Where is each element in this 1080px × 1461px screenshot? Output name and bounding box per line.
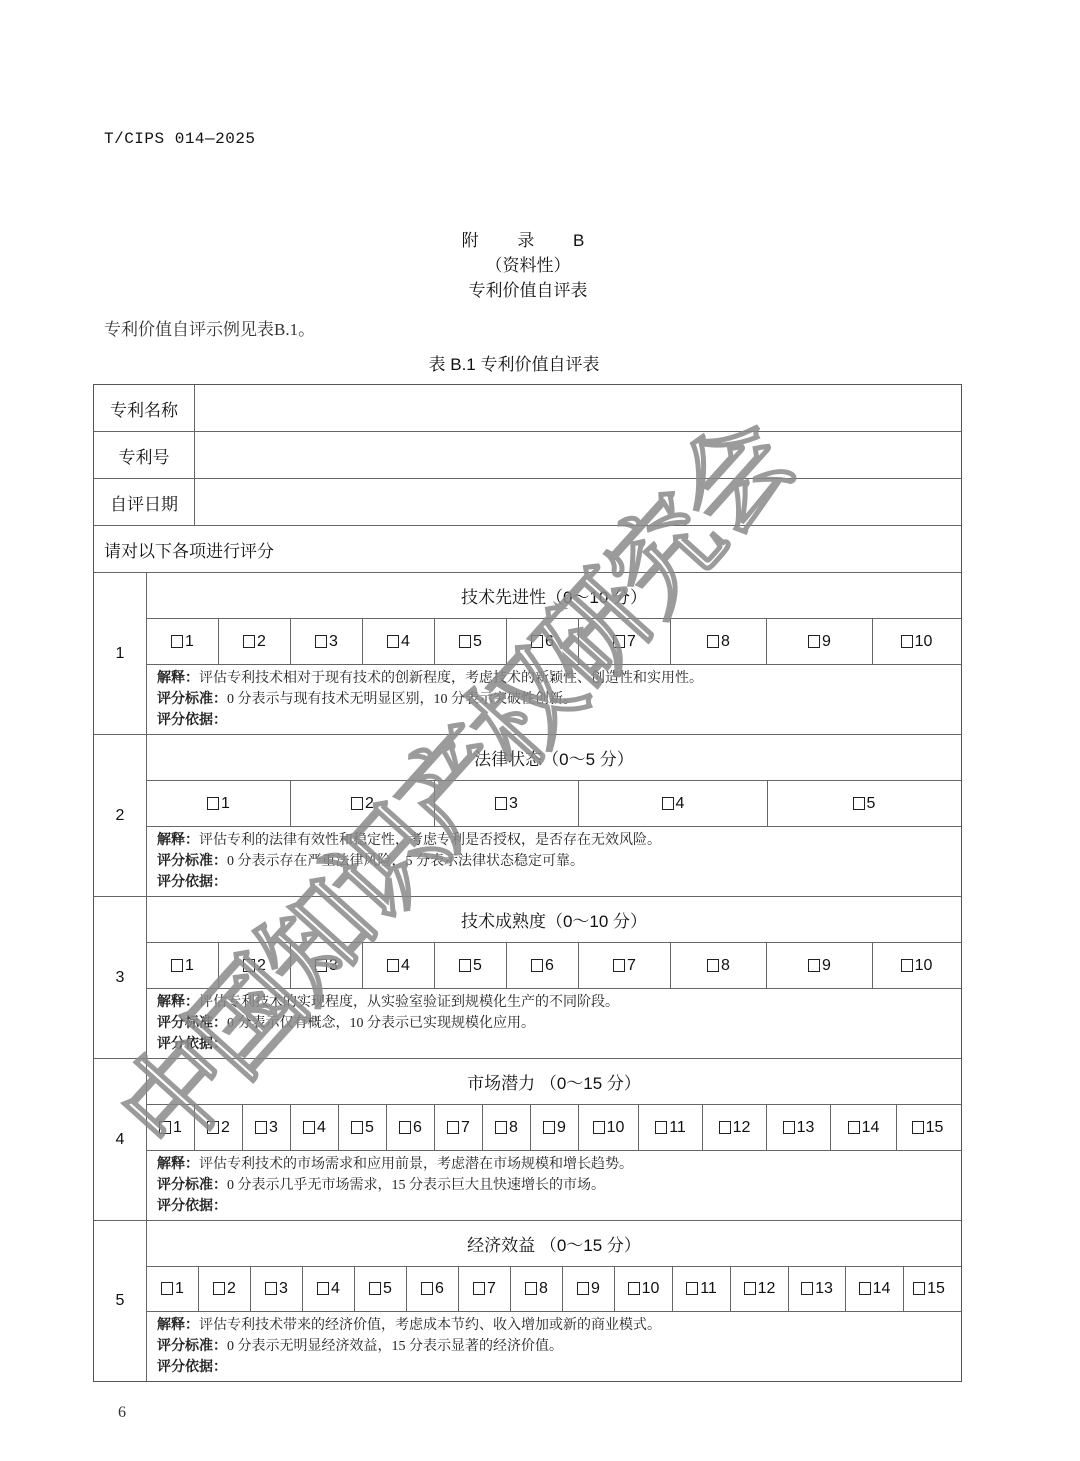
item-body: 法律状态（0～5 分） 1 2 3 4 5 解释：评估专利的法律有效性和稳定性，… xyxy=(147,735,961,896)
standard-code: T/CIPS 014—2025 xyxy=(104,130,256,148)
checkbox-icon[interactable] xyxy=(265,1282,277,1295)
score-option-label: 1 xyxy=(185,633,194,651)
score-option-label: 8 xyxy=(539,1280,548,1298)
score-option[interactable]: 7 xyxy=(435,1105,483,1150)
score-option-label: 1 xyxy=(175,1280,184,1298)
checkbox-icon[interactable] xyxy=(387,959,399,972)
checkbox-icon[interactable] xyxy=(171,959,183,972)
checkbox-icon[interactable] xyxy=(387,635,399,648)
score-option[interactable]: 3 xyxy=(291,943,363,988)
item-body: 经济效益 （0～15 分） 1 2 3 4 5 6 7 8 9 xyxy=(147,1221,961,1381)
checkbox-icon[interactable] xyxy=(719,1121,731,1134)
score-option-label: 8 xyxy=(721,633,730,651)
score-option[interactable]: 14 xyxy=(831,1105,897,1150)
checkbox-icon[interactable] xyxy=(317,1282,329,1295)
score-option-label: 11 xyxy=(669,1119,686,1137)
score-option-label: 9 xyxy=(822,633,831,651)
checkbox-icon[interactable] xyxy=(613,635,625,648)
checkbox-icon[interactable] xyxy=(473,1282,485,1295)
checkbox-icon[interactable] xyxy=(707,959,719,972)
score-option-label: 4 xyxy=(676,795,685,813)
score-option-label: 9 xyxy=(591,1280,600,1298)
score-option[interactable]: 1 xyxy=(147,1105,195,1150)
score-option[interactable]: 15 xyxy=(897,1105,958,1150)
score-option[interactable]: 12 xyxy=(731,1267,789,1312)
scoring-items: 1 技术先进性（0～10 分） 1 2 3 4 5 6 7 8 xyxy=(94,573,961,1381)
score-option[interactable]: 15 xyxy=(904,1267,954,1312)
score-option-label: 2 xyxy=(365,795,374,813)
score-option-label: 15 xyxy=(926,1119,944,1137)
score-option[interactable]: 11 xyxy=(639,1105,703,1150)
score-option-label: 1 xyxy=(221,795,230,813)
basis-label: 评分依据： xyxy=(157,875,227,890)
basis-line[interactable]: 评分依据： xyxy=(157,872,951,893)
field-label: 专利名称 xyxy=(94,385,195,431)
item-description: 解释：评估专利技术的实现程度，从实验室验证到规模化生产的不同阶段。 评分标准：0… xyxy=(147,989,961,1058)
explanation-text: 评估专利技术的实现程度，从实验室验证到规模化生产的不同阶段。 xyxy=(199,995,619,1010)
criteria-text: 0 分表示存在严重法律风险，5 分表示法律状态稳定可靠。 xyxy=(227,854,584,869)
assessment-date-field[interactable] xyxy=(195,479,961,525)
score-option[interactable]: 7 xyxy=(579,943,671,988)
criteria-text: 0 分表示几乎无市场需求，15 分表示巨大且快速增长的市场。 xyxy=(227,1178,605,1193)
basis-line[interactable]: 评分依据： xyxy=(157,710,951,731)
scoring-item: 3 技术成熟度（0～10 分） 1 2 3 4 5 6 7 8 xyxy=(94,897,961,1059)
item-description: 解释：评估专利技术的市场需求和应用前景，考虑潜在市场规模和增长趋势。 评分标准：… xyxy=(147,1151,961,1220)
score-option-label: 11 xyxy=(700,1280,717,1298)
page-number: 6 xyxy=(118,1404,126,1422)
basis-label: 评分依据： xyxy=(157,1360,227,1375)
score-option[interactable]: 5 xyxy=(355,1267,407,1312)
score-option[interactable]: 6 xyxy=(407,1267,459,1312)
item-number: 1 xyxy=(94,573,147,734)
field-row-patent-number: 专利号 xyxy=(94,432,961,479)
checkbox-icon[interactable] xyxy=(913,1282,925,1295)
score-option[interactable]: 3 xyxy=(435,781,579,826)
score-option[interactable]: 6 xyxy=(507,619,579,664)
score-option-label: 8 xyxy=(509,1119,518,1137)
score-option-label: 6 xyxy=(545,957,554,975)
score-option[interactable]: 6 xyxy=(387,1105,435,1150)
explanation-line: 解释：评估专利技术相对于现有技术的创新程度，考虑技术的新颖性、创造性和实用性。 xyxy=(157,668,951,689)
basis-line[interactable]: 评分依据： xyxy=(157,1196,951,1217)
basis-line[interactable]: 评分依据： xyxy=(157,1034,951,1055)
scoring-item: 4 市场潜力 （0～15 分） 1 2 3 4 5 6 7 8 xyxy=(94,1059,961,1221)
criteria-label: 评分标准： xyxy=(157,854,227,869)
score-option-label: 12 xyxy=(758,1280,776,1298)
item-description: 解释：评估专利技术带来的经济价值，考虑成本节约、收入增加或新的商业模式。 评分标… xyxy=(147,1312,961,1381)
score-option[interactable]: 14 xyxy=(846,1267,904,1312)
checkbox-icon[interactable] xyxy=(808,959,820,972)
annex-heading: 附 录 B （资料性） 专利价值自评表 xyxy=(0,228,1056,303)
basis-label: 评分依据： xyxy=(157,1037,227,1052)
checkbox-icon[interactable] xyxy=(161,1282,173,1295)
checkbox-icon[interactable] xyxy=(707,635,719,648)
score-option[interactable]: 7 xyxy=(579,619,671,664)
item-body: 技术成熟度（0～10 分） 1 2 3 4 5 6 7 8 9 xyxy=(147,897,961,1058)
item-number: 5 xyxy=(94,1221,147,1381)
basis-line[interactable]: 评分依据： xyxy=(157,1357,951,1378)
checkbox-icon[interactable] xyxy=(853,797,865,810)
score-option[interactable]: 5 xyxy=(339,1105,387,1150)
checkbox-icon[interactable] xyxy=(686,1282,698,1295)
checkbox-icon[interactable] xyxy=(213,1282,225,1295)
criteria-text: 0 分表示与现有技术无明显区别，10 分表示突破性创新。 xyxy=(227,692,577,707)
score-option[interactable]: 5 xyxy=(435,619,507,664)
score-options: 1 2 3 4 5 6 7 8 9 10 xyxy=(147,619,961,665)
score-options: 1 2 3 4 5 xyxy=(147,781,961,827)
field-row-patent-name: 专利名称 xyxy=(94,385,961,432)
score-option[interactable]: 1 xyxy=(147,781,291,826)
checkbox-icon[interactable] xyxy=(369,1282,381,1295)
score-option[interactable]: 9 xyxy=(767,619,873,664)
score-option[interactable]: 8 xyxy=(671,619,767,664)
explanation-text: 评估专利技术的市场需求和应用前景，考虑潜在市场规模和增长趋势。 xyxy=(199,1157,633,1172)
checkbox-icon[interactable] xyxy=(207,1121,219,1134)
checkbox-icon[interactable] xyxy=(655,1121,667,1134)
explanation-line: 解释：评估专利技术的实现程度，从实验室验证到规模化生产的不同阶段。 xyxy=(157,992,951,1013)
score-options: 1 2 3 4 5 6 7 8 9 10 xyxy=(147,943,961,989)
score-option-label: 5 xyxy=(383,1280,392,1298)
checkbox-icon[interactable] xyxy=(628,1282,640,1295)
basis-label: 评分依据： xyxy=(157,1199,227,1214)
score-option-label: 12 xyxy=(733,1119,751,1137)
criteria-line: 评分标准：0 分表示几乎无市场需求，15 分表示巨大且快速增长的市场。 xyxy=(157,1175,951,1196)
explanation-line: 解释：评估专利技术的市场需求和应用前景，考虑潜在市场规模和增长趋势。 xyxy=(157,1154,951,1175)
score-option[interactable]: 9 xyxy=(563,1267,615,1312)
score-option-label: 1 xyxy=(185,957,194,975)
scoring-item: 2 法律状态（0～5 分） 1 2 3 4 5 解释：评估专利的法律有效性和稳定… xyxy=(94,735,961,897)
checkbox-icon[interactable] xyxy=(495,797,507,810)
criteria-label: 评分标准： xyxy=(157,1339,227,1354)
checkbox-icon[interactable] xyxy=(351,1121,363,1134)
patent-name-field[interactable] xyxy=(195,385,961,431)
checkbox-icon[interactable] xyxy=(351,797,363,810)
checkbox-icon[interactable] xyxy=(662,797,674,810)
score-option[interactable]: 10 xyxy=(873,943,960,988)
score-option[interactable]: 11 xyxy=(673,1267,731,1312)
score-option-label: 6 xyxy=(435,1280,444,1298)
checkbox-icon[interactable] xyxy=(495,1121,507,1134)
score-option-label: 10 xyxy=(607,1119,625,1137)
checkbox-icon[interactable] xyxy=(801,1282,813,1295)
checkbox-icon[interactable] xyxy=(399,1121,411,1134)
score-option[interactable]: 8 xyxy=(483,1105,531,1150)
score-option-label: 14 xyxy=(873,1280,891,1298)
checkbox-icon[interactable] xyxy=(421,1282,433,1295)
score-option[interactable]: 2 xyxy=(195,1105,243,1150)
score-option-label: 5 xyxy=(473,633,482,651)
checkbox-icon[interactable] xyxy=(531,959,543,972)
criteria-line: 评分标准：0 分表示无明显经济效益，15 分表示显著的经济价值。 xyxy=(157,1336,951,1357)
score-option[interactable]: 2 xyxy=(291,781,435,826)
checkbox-icon[interactable] xyxy=(859,1282,871,1295)
score-option-label: 7 xyxy=(627,633,636,651)
item-body: 市场潜力 （0～15 分） 1 2 3 4 5 6 7 8 9 xyxy=(147,1059,961,1220)
criteria-label: 评分标准： xyxy=(157,1178,227,1193)
score-option[interactable]: 7 xyxy=(459,1267,511,1312)
checkbox-icon[interactable] xyxy=(315,635,327,648)
self-assessment-table: 专利名称 专利号 自评日期 请对以下各项进行评分 1 技术先进性（0～10 分）… xyxy=(93,384,962,1382)
score-option[interactable]: 1 xyxy=(147,1267,199,1312)
score-option-label: 9 xyxy=(557,1119,566,1137)
score-option[interactable]: 4 xyxy=(291,1105,339,1150)
checkbox-icon[interactable] xyxy=(459,959,471,972)
annex-name: 专利价值自评表 xyxy=(0,278,1056,303)
field-row-assessment-date: 自评日期 xyxy=(94,479,961,526)
score-option-label: 10 xyxy=(915,633,933,651)
field-label: 专利号 xyxy=(94,432,195,478)
checkbox-icon[interactable] xyxy=(912,1121,924,1134)
score-option-label: 15 xyxy=(927,1280,945,1298)
annex-title: 附 录 B xyxy=(0,228,1056,253)
item-number: 4 xyxy=(94,1059,147,1220)
score-option[interactable]: 1 xyxy=(147,943,219,988)
score-option-label: 1 xyxy=(173,1119,182,1137)
explanation-label: 解释： xyxy=(157,671,199,686)
item-title: 法律状态（0～5 分） xyxy=(147,735,961,781)
item-description: 解释：评估专利的法律有效性和稳定性，考虑专利是否授权，是否存在无效风险。 评分标… xyxy=(147,827,961,896)
checkbox-icon[interactable] xyxy=(255,1121,267,1134)
checkbox-icon[interactable] xyxy=(577,1282,589,1295)
criteria-line: 评分标准：0 分表示与现有技术无明显区别，10 分表示突破性创新。 xyxy=(157,689,951,710)
score-option[interactable]: 3 xyxy=(243,1105,291,1150)
explanation-label: 解释： xyxy=(157,995,199,1010)
explanation-text: 评估专利技术相对于现有技术的创新程度，考虑技术的新颖性、创造性和实用性。 xyxy=(199,671,703,686)
item-title: 技术先进性（0～10 分） xyxy=(147,573,961,619)
score-option-label: 2 xyxy=(257,957,266,975)
item-title: 经济效益 （0～15 分） xyxy=(147,1221,961,1267)
score-option-label: 4 xyxy=(401,633,410,651)
score-option-label: 4 xyxy=(401,957,410,975)
intro-text: 专利价值自评示例见表B.1。 xyxy=(104,315,315,340)
explanation-line: 解释：评估专利的法律有效性和稳定性，考虑专利是否授权，是否存在无效风险。 xyxy=(157,830,951,851)
score-option-label: 5 xyxy=(473,957,482,975)
score-option[interactable]: 10 xyxy=(615,1267,673,1312)
score-option[interactable]: 8 xyxy=(671,943,767,988)
score-option-label: 6 xyxy=(545,633,554,651)
checkbox-icon[interactable] xyxy=(808,635,820,648)
score-option[interactable]: 9 xyxy=(531,1105,579,1150)
item-number: 2 xyxy=(94,735,147,896)
score-option[interactable]: 5 xyxy=(768,781,960,826)
explanation-text: 评估专利的法律有效性和稳定性，考虑专利是否授权，是否存在无效风险。 xyxy=(199,833,661,848)
score-option[interactable]: 2 xyxy=(219,619,291,664)
checkbox-icon[interactable] xyxy=(243,635,255,648)
criteria-line: 评分标准：0 分表示仅有概念，10 分表示已实现规模化应用。 xyxy=(157,1013,951,1034)
score-option-label: 13 xyxy=(797,1119,815,1137)
score-option[interactable]: 2 xyxy=(199,1267,251,1312)
explanation-label: 解释： xyxy=(157,833,199,848)
item-body: 技术先进性（0～10 分） 1 2 3 4 5 6 7 8 9 xyxy=(147,573,961,734)
checkbox-icon[interactable] xyxy=(171,635,183,648)
checkbox-icon[interactable] xyxy=(744,1282,756,1295)
checkbox-icon[interactable] xyxy=(159,1121,171,1134)
table-caption: 表 B.1 专利价值自评表 xyxy=(0,350,1028,375)
checkbox-icon[interactable] xyxy=(447,1121,459,1134)
score-option-label: 3 xyxy=(509,795,518,813)
score-option-label: 8 xyxy=(721,957,730,975)
score-option[interactable]: 1 xyxy=(147,619,219,664)
checkbox-icon[interactable] xyxy=(848,1121,860,1134)
patent-number-field[interactable] xyxy=(195,432,961,478)
item-number: 3 xyxy=(94,897,147,1058)
score-option-label: 4 xyxy=(317,1119,326,1137)
score-option-label: 7 xyxy=(487,1280,496,1298)
score-option-label: 10 xyxy=(642,1280,660,1298)
score-option[interactable]: 8 xyxy=(511,1267,563,1312)
score-option-label: 3 xyxy=(279,1280,288,1298)
score-option[interactable]: 5 xyxy=(435,943,507,988)
score-option[interactable]: 3 xyxy=(251,1267,303,1312)
score-option[interactable]: 3 xyxy=(291,619,363,664)
score-option-label: 3 xyxy=(329,633,338,651)
criteria-text: 0 分表示无明显经济效益，15 分表示显著的经济价值。 xyxy=(227,1339,563,1354)
criteria-line: 评分标准：0 分表示存在严重法律风险，5 分表示法律状态稳定可靠。 xyxy=(157,851,951,872)
score-option-label: 7 xyxy=(627,957,636,975)
checkbox-icon[interactable] xyxy=(315,959,327,972)
score-option-label: 5 xyxy=(365,1119,374,1137)
checkbox-icon[interactable] xyxy=(783,1121,795,1134)
checkbox-icon[interactable] xyxy=(459,635,471,648)
score-option-label: 7 xyxy=(461,1119,470,1137)
score-option-label: 2 xyxy=(221,1119,230,1137)
score-option-label: 9 xyxy=(822,957,831,975)
scoring-item: 5 经济效益 （0～15 分） 1 2 3 4 5 6 7 8 xyxy=(94,1221,961,1381)
checkbox-icon[interactable] xyxy=(243,959,255,972)
score-option-label: 2 xyxy=(257,633,266,651)
criteria-text: 0 分表示仅有概念，10 分表示已实现规模化应用。 xyxy=(227,1016,535,1031)
checkbox-icon[interactable] xyxy=(593,1121,605,1134)
item-description: 解释：评估专利技术相对于现有技术的创新程度，考虑技术的新颖性、创造性和实用性。 … xyxy=(147,665,961,734)
score-options: 1 2 3 4 5 6 7 8 9 10 xyxy=(147,1267,961,1313)
score-options: 1 2 3 4 5 6 7 8 9 10 xyxy=(147,1105,961,1151)
basis-label: 评分依据： xyxy=(157,713,227,728)
checkbox-icon[interactable] xyxy=(303,1121,315,1134)
score-option-label: 2 xyxy=(227,1280,236,1298)
checkbox-icon[interactable] xyxy=(531,635,543,648)
checkbox-icon[interactable] xyxy=(901,635,913,648)
explanation-text: 评估专利技术带来的经济价值，考虑成本节约、收入增加或新的商业模式。 xyxy=(199,1318,661,1333)
score-option-label: 5 xyxy=(867,795,876,813)
score-option-label: 3 xyxy=(269,1119,278,1137)
score-option[interactable]: 4 xyxy=(363,619,435,664)
explanation-label: 解释： xyxy=(157,1318,199,1333)
score-option[interactable]: 10 xyxy=(873,619,960,664)
score-option-label: 13 xyxy=(815,1280,833,1298)
scoring-prompt: 请对以下各项进行评分 xyxy=(94,526,961,573)
scoring-item: 1 技术先进性（0～10 分） 1 2 3 4 5 6 7 8 xyxy=(94,573,961,735)
criteria-label: 评分标准： xyxy=(157,1016,227,1031)
checkbox-icon[interactable] xyxy=(543,1121,555,1134)
checkbox-icon[interactable] xyxy=(207,797,219,810)
checkbox-icon[interactable] xyxy=(613,959,625,972)
score-option[interactable]: 4 xyxy=(363,943,435,988)
score-option-label: 3 xyxy=(329,957,338,975)
field-label: 自评日期 xyxy=(94,479,195,525)
score-option[interactable]: 13 xyxy=(767,1105,831,1150)
score-option[interactable]: 4 xyxy=(303,1267,355,1312)
score-option[interactable]: 2 xyxy=(219,943,291,988)
score-option-label: 6 xyxy=(413,1119,422,1137)
item-title: 市场潜力 （0～15 分） xyxy=(147,1059,961,1105)
score-option-label: 10 xyxy=(915,957,933,975)
score-option[interactable]: 6 xyxy=(507,943,579,988)
score-option[interactable]: 12 xyxy=(703,1105,767,1150)
checkbox-icon[interactable] xyxy=(525,1282,537,1295)
score-option-label: 14 xyxy=(862,1119,880,1137)
explanation-label: 解释： xyxy=(157,1157,199,1172)
score-option[interactable]: 9 xyxy=(767,943,873,988)
annex-type: （资料性） xyxy=(0,253,1056,278)
explanation-line: 解释：评估专利技术带来的经济价值，考虑成本节约、收入增加或新的商业模式。 xyxy=(157,1315,951,1336)
score-option-label: 4 xyxy=(331,1280,340,1298)
score-option[interactable]: 10 xyxy=(579,1105,639,1150)
score-option[interactable]: 13 xyxy=(789,1267,846,1312)
checkbox-icon[interactable] xyxy=(901,959,913,972)
criteria-label: 评分标准： xyxy=(157,692,227,707)
score-option[interactable]: 4 xyxy=(579,781,768,826)
item-title: 技术成熟度（0～10 分） xyxy=(147,897,961,943)
